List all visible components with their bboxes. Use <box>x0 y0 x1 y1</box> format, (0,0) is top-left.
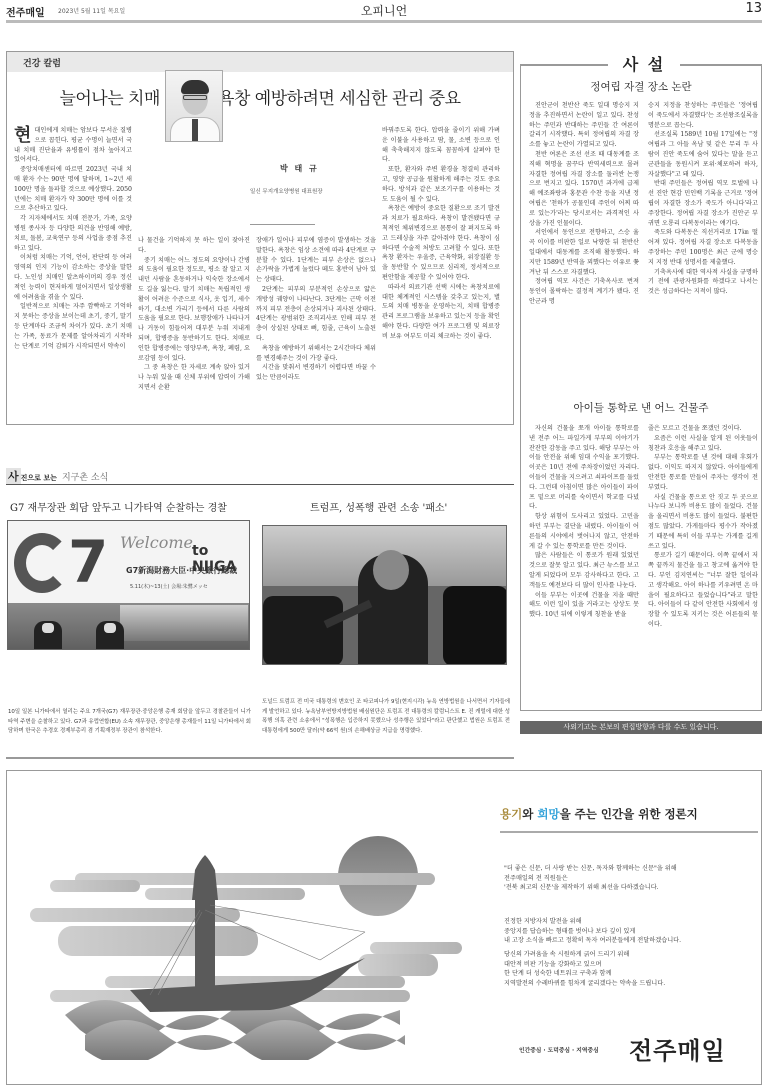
paragraph: 반대 주민들은 정여립 역모 토벌에 나선 진안 현감 민인백 기록을 근거로 … <box>648 179 758 228</box>
paragraph: 따라서 의료기관 선택 시에는 욕창치료에 대한 체계적인 시스템을 갖추고 있… <box>382 283 500 342</box>
health-column-3: 장애가 일어나 피부에 염증이 발생하는 것을 말한다. 욕창은 임상 소견에 … <box>256 236 376 383</box>
editorial-1-column-1: 진안군이 천반산 죽도 일대 명승지 지정을 추진하면서 논란이 일고 있다. … <box>529 101 639 307</box>
photo-caption-trump: 도널드 트럼프 전 미국 대통령의 변호인 조 타코피나가 9일(현지시각) 뉴… <box>262 698 510 736</box>
health-column-title: 늘어나는 치매 환자… 욕창 예방하려면 세심한 관리 중요 <box>7 84 513 109</box>
ad-divider <box>500 831 758 833</box>
trump-lawyer-photo <box>262 525 507 665</box>
paragraph: 항상 위험이 도사리고 있었다. 고민을 하던 부부는 결단을 내렸다. 아이들… <box>529 512 639 551</box>
paragraph: 장애가 일어나 피부에 염증이 발생하는 것을 말한다. 욕창은 임상 소견에 … <box>256 236 376 285</box>
health-column-1: 현 대인에게 치매는 암보다 무서운 질병으로 꼽힌다. 평균 수명이 늘면서 … <box>14 126 132 351</box>
ad-line-text: 대안적 비판 기능을 강화하고 있으며 <box>504 960 665 970</box>
health-column-4: 바꿔주도록 한다. 압력을 줄이기 위해 가벼운 이불을 사용하고 땀, 물, … <box>382 126 500 342</box>
ad-line-text: "더 좋은 신문, 더 사랑 받는 신문, 독자와 함께하는 신문"을 위해 <box>504 864 677 874</box>
ad-tagline: 인간중심 · 도덕중심 · 지역중심 <box>519 1045 599 1054</box>
paragraph: 각 지자체에서도 치매 전문가, 가족, 요양병원 종사자 등 다양한 의견을 … <box>14 214 132 253</box>
section-title-part: 지구촌 소식 <box>62 473 108 483</box>
paragraph: 정여립 역모 사건은 기축옥사로 번져 동인이 몰락하는 결정적 계기가 됐다.… <box>529 277 639 306</box>
paragraph: 시간을 맞춰서 변경하기 어렵다면 바꿀 수 있는 만큼이라도 <box>256 363 376 383</box>
paragraph: 2단계는 피부의 부분적인 손상으로 얇은 개방성 궤양이 나타난다. 3단계는… <box>256 285 376 344</box>
paragraph: 줄은 모르고 건물을 쪼갰던 것이다. <box>648 424 758 434</box>
editorial-border <box>680 64 762 66</box>
health-column-2: 나 물건을 기억하지 못 하는 일이 잦아진다. 중기 치매는 어느 정도의 요… <box>138 236 250 393</box>
section-title-initial: 사 <box>6 468 21 484</box>
author-role: 일신 무지개요양병원 대표원장 <box>250 187 323 195</box>
author-photo <box>165 70 223 142</box>
ad-line-text: 내 고장 소식을 빠르고 정확히 독자 여러분들에게 전달하겠습니다. <box>504 936 681 946</box>
paragraph: 일반적으로 치매는 자주 깜빡하고 기억하지 못하는 증상을 보이는데 초기, … <box>14 302 132 351</box>
paragraph: 천반 여론은 조선 선조 때 대동계를 조직해 혁명을 꿈꾸다 반역세력으로 몰… <box>529 150 639 228</box>
section-divider <box>6 757 514 759</box>
section-title-part: 진으로 보는 <box>21 474 57 482</box>
slogan-part: 와 <box>522 807 537 821</box>
ad-paragraph-3: 당신의 가려움을 속 시원하게 긁어 드리기 위해 대안적 비판 기능을 강화하… <box>504 950 665 988</box>
editorial-label: 사 설 <box>612 52 676 75</box>
paragraph: 많은 사람들은 이 통로가 원래 있었던 것으로 잘못 알고 있다. 최근 뉴스… <box>529 551 639 590</box>
editorial-disclaimer: 사외기고는 본보의 편집방향과 다를 수도 있습니다. <box>520 721 762 734</box>
g7-police-photo: 7 Welcome to NIIGA G7新潟財務大臣·中央銀行総裁 5.11(… <box>7 520 250 650</box>
health-column-label: 건강 칼럼 <box>7 52 513 72</box>
editorial-title-1: 정여립 자결 장소 논란 <box>520 79 762 94</box>
ad-paragraph-1: "더 좋은 신문, 더 사랑 받는 신문, 독자와 함께하는 신문"을 위해 전… <box>504 864 677 893</box>
paragraph: 욕창은 예방이 중요한 질환으로 조기 발견과 치료가 필요하다. 욕창이 발견… <box>382 204 500 282</box>
ad-line-text: 중앙지를 답습하는 형태를 벗어나 보다 깊이 있게 <box>504 927 681 937</box>
editorial-1-column-2: 승지 지정을 찬성하는 주민들은 '정여립이 죽도에서 자결했다'는 조선왕조실… <box>648 101 758 297</box>
paragraph: 바꿔주도록 한다. 압력을 줄이기 위해 가벼운 이불을 사용하고 땀, 물, … <box>382 126 500 165</box>
paragraph: 자신의 건물을 쪼개 아이들 통학로를 낸 전주 어느 파일가게 부부의 이야기… <box>529 424 639 512</box>
paragraph: 통로가 길기 때문이다. 이쪽 끝에서 저쪽 끝까지 물건을 들고 창고에 옮겨… <box>648 551 758 629</box>
ad-line-text: 진정한 지방자치 발전을 위해 <box>504 917 681 927</box>
paragraph: 요즘은 이런 사실을 알게 된 이웃들이 칭찬과 호응을 해주고 있다. <box>648 434 758 454</box>
paragraph: 욕창을 예방하기 위해서는 2시간마다 체위를 변경해주는 것이 가장 좋다. <box>256 344 376 364</box>
editorial-border <box>520 64 608 66</box>
paragraph: 진안군이 천반산 죽도 일대 명승지 지정을 추진하면서 논란이 일고 있다. … <box>529 101 639 150</box>
paragraph: 승지 지정을 찬성하는 주민들은 '정여립이 죽도에서 자결했다'는 조선왕조실… <box>648 101 758 130</box>
ship-illustration <box>20 800 470 1060</box>
ad-line-text: '전북 최고의 신문'을 제작하기 위해 최선을 다하겠습니다. <box>504 883 677 893</box>
slogan-part: 을 주는 인간을 위한 정론지 <box>560 807 698 821</box>
paragraph: 기축옥사에 대한 역사적 사실을 규명하기 전에 관광자원화를 하겠다고 나서는… <box>648 268 758 297</box>
slogan-word-hope: 희망 <box>537 807 559 821</box>
editorial-2-column-2: 줄은 모르고 건물을 쪼갰던 것이다. 요즘은 이런 사실을 알게 된 이웃들이… <box>648 424 758 630</box>
ad-slogan: 용기와 희망을 주는 인간을 위한 정론지 <box>500 806 698 822</box>
author-name: 박 태 규 <box>280 163 319 174</box>
masthead-rule <box>6 20 762 23</box>
paragraph: 이들 부부는 이곳에 건물을 지을 때만 해도 이런 일이 있을 거라고는 상상… <box>529 591 639 620</box>
photo-caption-g7: 10일 일본 니가타에서 열리는 주요 7개국(G7) 재무장관·중앙은행 총재… <box>8 708 251 737</box>
paragraph: 사실 건물을 통으로 안 짓고 두 곳으로 나누다 보니까 비용도 많이 들었다… <box>648 493 758 552</box>
paragraph: 선조실록 1589년 10월 17일에는 "정여립과 그 아들 옥남 및 같은 … <box>648 130 758 179</box>
paragraph: 죽도와 다복동은 직선거리로 17㎞ 떨어져 있다. 정여립 자결 장소로 다복… <box>648 228 758 267</box>
slogan-word-courage: 용기 <box>500 807 522 821</box>
page-number: 13 <box>745 1 762 16</box>
paragraph: 그 중 욕창은 한 자세로 계속 앉아 있거나 누워 있을 때 신체 부위에 압… <box>138 363 250 392</box>
dropcap: 현 <box>14 127 31 145</box>
photo-banner-text: Welcome <box>120 533 193 552</box>
photo-news-section-title: 사진으로 보는 지구촌 소식 <box>6 465 514 485</box>
paragraph: 서인에서 동인으로 전향하고, 스승 율곡 이이를 비판한 일로 낙향한 뒤 천… <box>529 228 639 277</box>
paragraph: 대인에게 치매는 암보다 무서운 질병으로 꼽힌다. 평균 수명이 늘면서 국내… <box>14 126 132 165</box>
paragraph: 중기 치매는 어느 정도의 요양이나 간병의 도움이 필요한 정도로, 평소 잘… <box>138 256 250 364</box>
section-name: 오피니언 <box>6 2 762 19</box>
photo-banner-text: G7新潟財務大臣·中央銀行総裁 <box>126 565 237 576</box>
paragraph: 부부는 통학로를 낸 것에 대해 후회가 없다. 이익도 따지지 않았다. 아이… <box>648 453 758 492</box>
editorial-title-2: 아이들 통학로 낸 어느 건물주 <box>520 400 762 415</box>
paragraph: 중앙치매센터에 따르면 2023년 국내 치매 환자 수는 90만 명에 달하며… <box>14 165 132 214</box>
ad-logo: 전주매일 <box>629 1031 726 1066</box>
ad-line-text: 지역발전의 수레바퀴를 힘차게 굴리겠다는 약속을 드립니다. <box>504 979 665 989</box>
paragraph: 또한, 환자와 주변 환경을 청결히 관리하고, 영양 공급을 원활하게 해주는… <box>382 165 500 204</box>
paragraph: 나 물건을 기억하지 못 하는 일이 잦아진다. <box>138 236 250 256</box>
paragraph: 이처럼 치매는 기억, 언어, 판단력 등 여러 영역의 인지 기능이 감소하는… <box>14 253 132 302</box>
photo-headline-g7: G7 재무장관 회담 앞두고 니가타역 순찰하는 경찰 <box>10 499 227 514</box>
photo-banner-text: 5.11(木)~13(土) 会場:朱鷺メッセ <box>130 583 208 590</box>
photo-headline-trump: 트럼프, 성폭행 관련 소송 '패소' <box>310 499 447 514</box>
ad-line-text: 전주매일의 전 직원들은 <box>504 874 677 884</box>
ad-paragraph-2: 진정한 지방자치 발전을 위해 중앙지를 답습하는 형태를 벗어나 보다 깊이 … <box>504 917 681 946</box>
editorial-2-column-1: 자신의 건물을 쪼개 아이들 통학로를 낸 전주 어느 파일가게 부부의 이야기… <box>529 424 639 620</box>
ad-line-text: 한 단계 더 성숙한 네트워크 구축과 함께 <box>504 969 665 979</box>
author-divider <box>250 224 315 225</box>
ad-line-text: 당신의 가려움을 속 시원하게 긁어 드리기 위해 <box>504 950 665 960</box>
